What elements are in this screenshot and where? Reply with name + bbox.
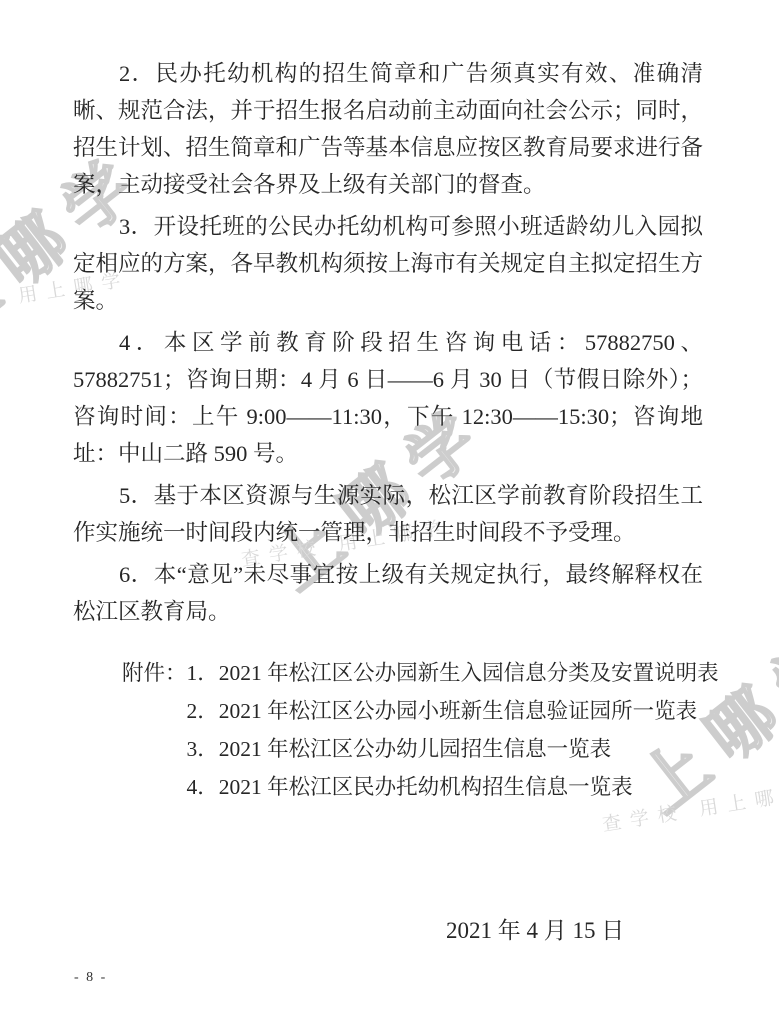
body-text: 2．民办托幼机构的招生简章和广告须真实有效、准确清晰、规范合法，并于招生报名启动… xyxy=(73,55,703,806)
paragraph-2: 2．民办托幼机构的招生简章和广告须真实有效、准确清晰、规范合法，并于招生报名启动… xyxy=(73,55,703,203)
document-page: 上哪学 查学校 用上哪学 上哪学 查学校 用上哪学 上哪学 查学校 用上哪学 2… xyxy=(0,0,779,1026)
attachments-section: 附件： 1．2021 年松江区公办园新生入园信息分类及安置说明表 2．2021 … xyxy=(122,654,703,806)
attachment-item: 2．2021 年松江区公办园小班新生信息验证园所一览表 xyxy=(187,692,719,730)
issue-date: 2021 年 4 月 15 日 xyxy=(446,912,624,949)
attachment-item: 4．2021 年松江区民办托幼机构招生信息一览表 xyxy=(187,768,719,806)
attachments-list: 1．2021 年松江区公办园新生入园信息分类及安置说明表 2．2021 年松江区… xyxy=(187,654,719,806)
attachment-item: 1．2021 年松江区公办园新生入园信息分类及安置说明表 xyxy=(187,654,719,692)
paragraph-5: 5．基于本区资源与生源实际，松江区学前教育阶段招生工作实施统一时间段内统一管理，… xyxy=(73,477,703,551)
attachments-label: 附件： xyxy=(122,654,187,806)
paragraph-3: 3．开设托班的公民办托幼机构可参照小班适龄幼儿入园拟定相应的方案，各早教机构须按… xyxy=(73,208,703,319)
page-number: - 8 - xyxy=(74,970,107,986)
paragraph-6: 6．本“意见”未尽事宜按上级有关规定执行，最终解释权在松江区教育局。 xyxy=(73,556,703,630)
paragraph-4: 4．本区学前教育阶段招生咨询电话：57882750、57882751；咨询日期：… xyxy=(73,324,703,472)
attachment-item: 3．2021 年松江区公办幼儿园招生信息一览表 xyxy=(187,730,719,768)
